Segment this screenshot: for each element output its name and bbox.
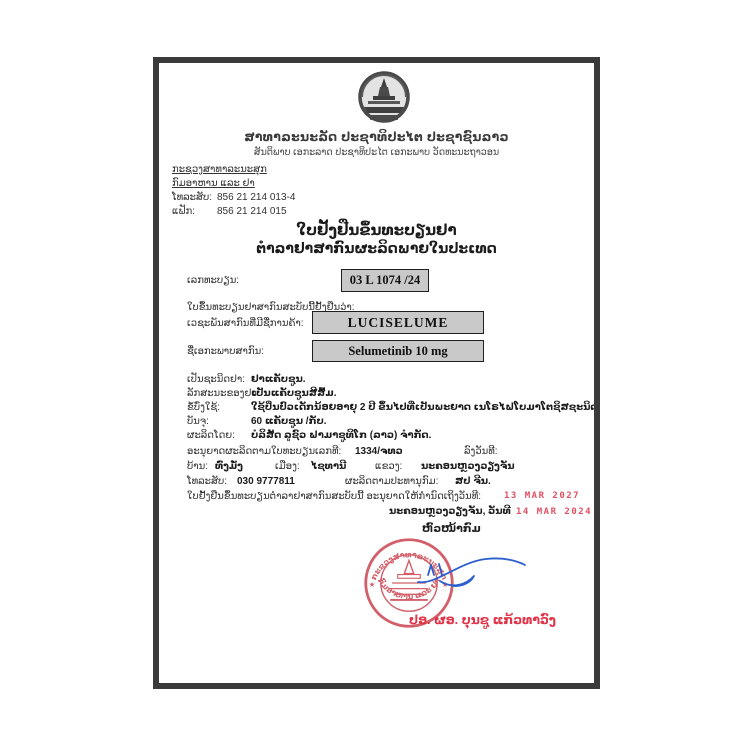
district-label: ເມືອງ: bbox=[275, 461, 300, 472]
factory-phone-label: ໂທລະສັບ: bbox=[187, 476, 227, 487]
detail-value: ໃຊ້ປິ່ນປົວເດັກນ້ອຍອາຍຸ 2 ປີ ຂຶ້ນໄປທີ່ເປັ… bbox=[251, 402, 600, 413]
phone-number: 856 21 214 013-4 bbox=[217, 192, 295, 203]
registration-number-label: ເລກທະບຽນ: bbox=[187, 275, 239, 286]
license-date-label: ລົງວັນທີ: bbox=[464, 446, 498, 457]
fax-label: ແຟັກ: bbox=[172, 206, 195, 217]
registration-number-box: 03 L 1074 /24 bbox=[341, 269, 429, 292]
validity-statement: ໃບຢັ້ງຢືນຂຶ້ນທະບຽນຕຳລາຢາສາກົນສະບັບນີ້ ອະ… bbox=[187, 491, 481, 502]
trade-name-label: ເວຊະພັນສາກົນທີ່ມີຊື່ການຄ້າ: bbox=[187, 318, 304, 329]
village-name: ທົ່ງມັ່ງ bbox=[215, 461, 243, 472]
lao-national-emblem-icon bbox=[356, 71, 412, 125]
phone-label: ໂທລະສັບ: bbox=[172, 192, 212, 203]
country-name: ສາທາລະນະລັດ ປະຊາທິປະໄຕ ປະຊາຊົນລາວ bbox=[159, 129, 594, 144]
trade-name-box: LUCISELUME bbox=[312, 311, 484, 334]
detail-value: ບໍລິສັດ ລູຊົວ ຟາມາຊູທິໂກ (ລາວ) ຈຳກັດ. bbox=[251, 430, 431, 441]
generic-name-box: Selumetinib 10 mg bbox=[312, 340, 484, 362]
scanned-certificate-page: ສາທາລະນະລັດ ປະຊາທິປະໄຕ ປະຊາຊົນລາວ ສັນຕິພ… bbox=[0, 0, 750, 750]
department-name: ກົມອາຫານ ແລະ ຢາ bbox=[172, 178, 255, 189]
issue-place-line: ນະຄອນຫຼວງວຽງຈັນ, ວັນທີ bbox=[389, 506, 511, 517]
production-license-label: ອະນຸຍາດຜະລິດຕາມໃບທະບຽນເລກທີ: bbox=[187, 446, 341, 457]
village-label: ບ້ານ: bbox=[187, 461, 208, 472]
issue-date-stamp: 14 MAR 2024 bbox=[516, 507, 592, 517]
pharmacopoeia-label: ຜະລິດຕາມປະທານຸກົມ: bbox=[345, 476, 438, 487]
detail-label: ລັກສະນະຂອງຢາ: bbox=[187, 388, 260, 399]
detail-label: ບັນຈຸ: bbox=[187, 416, 209, 427]
certificate-document: ສາທາລະນະລັດ ປະຊາທິປະໄຕ ປະຊາຊົນລາວ ສັນຕິພ… bbox=[153, 57, 600, 689]
detail-label: ຜະລິດໂດຍ: bbox=[187, 430, 235, 441]
head-of-department-title: ຫົວໜ້າກົມ bbox=[422, 522, 481, 535]
detail-value: 60 ແຄັບຊູນ /ກັບ. bbox=[251, 416, 327, 427]
production-license-number: 1334/ຈທວ bbox=[355, 446, 403, 457]
factory-phone-number: 030 9777811 bbox=[237, 476, 295, 487]
province-label: ແຂວງ: bbox=[375, 461, 402, 472]
detail-value: ຢາແຄັບຊູນ. bbox=[251, 374, 306, 385]
certificate-title-line1: ໃບຢັ້ງຢືນຂຶ້ນທະບຽນຢາ bbox=[159, 221, 594, 239]
detail-value: ເປັນແຄັບຊູນສີສົ້ມ. bbox=[251, 388, 337, 399]
generic-name-label: ຊື່ເອກະພາບສາກົນ: bbox=[187, 346, 264, 357]
district-name: ໄຊທານີ bbox=[311, 461, 346, 472]
ministry-name: ກະຊວງສາທາລະນະສຸກ bbox=[172, 164, 267, 175]
signer-name-stamp: ປອ. ຜອ. ບຸນຊູ ແກ້ວທາວົງ bbox=[409, 612, 556, 627]
signature-icon bbox=[414, 552, 529, 597]
detail-label: ເປັນຊະນິດຢາ: bbox=[187, 374, 245, 385]
detail-label: ຂໍ້ບົ່ງໃຊ້: bbox=[187, 402, 220, 413]
province-name: ນະຄອນຫຼວງວຽງຈັນ bbox=[421, 461, 515, 472]
stamp-star-left: ★ bbox=[369, 580, 376, 589]
national-motto: ສັນຕິພາບ ເອກະລາດ ປະຊາທິປະໄຕ ເອກະພາບ ວັດທ… bbox=[159, 147, 594, 158]
certificate-title-line2: ຕຳລາຢາສາກົນຜະລິດພາຍໃນປະເທດ bbox=[159, 240, 594, 257]
pharmacopoeia-value: ສປ ຈີນ. bbox=[455, 476, 491, 487]
fax-number: 856 21 214 015 bbox=[217, 206, 287, 217]
expiry-date-stamp: 13 MAR 2027 bbox=[504, 491, 580, 501]
